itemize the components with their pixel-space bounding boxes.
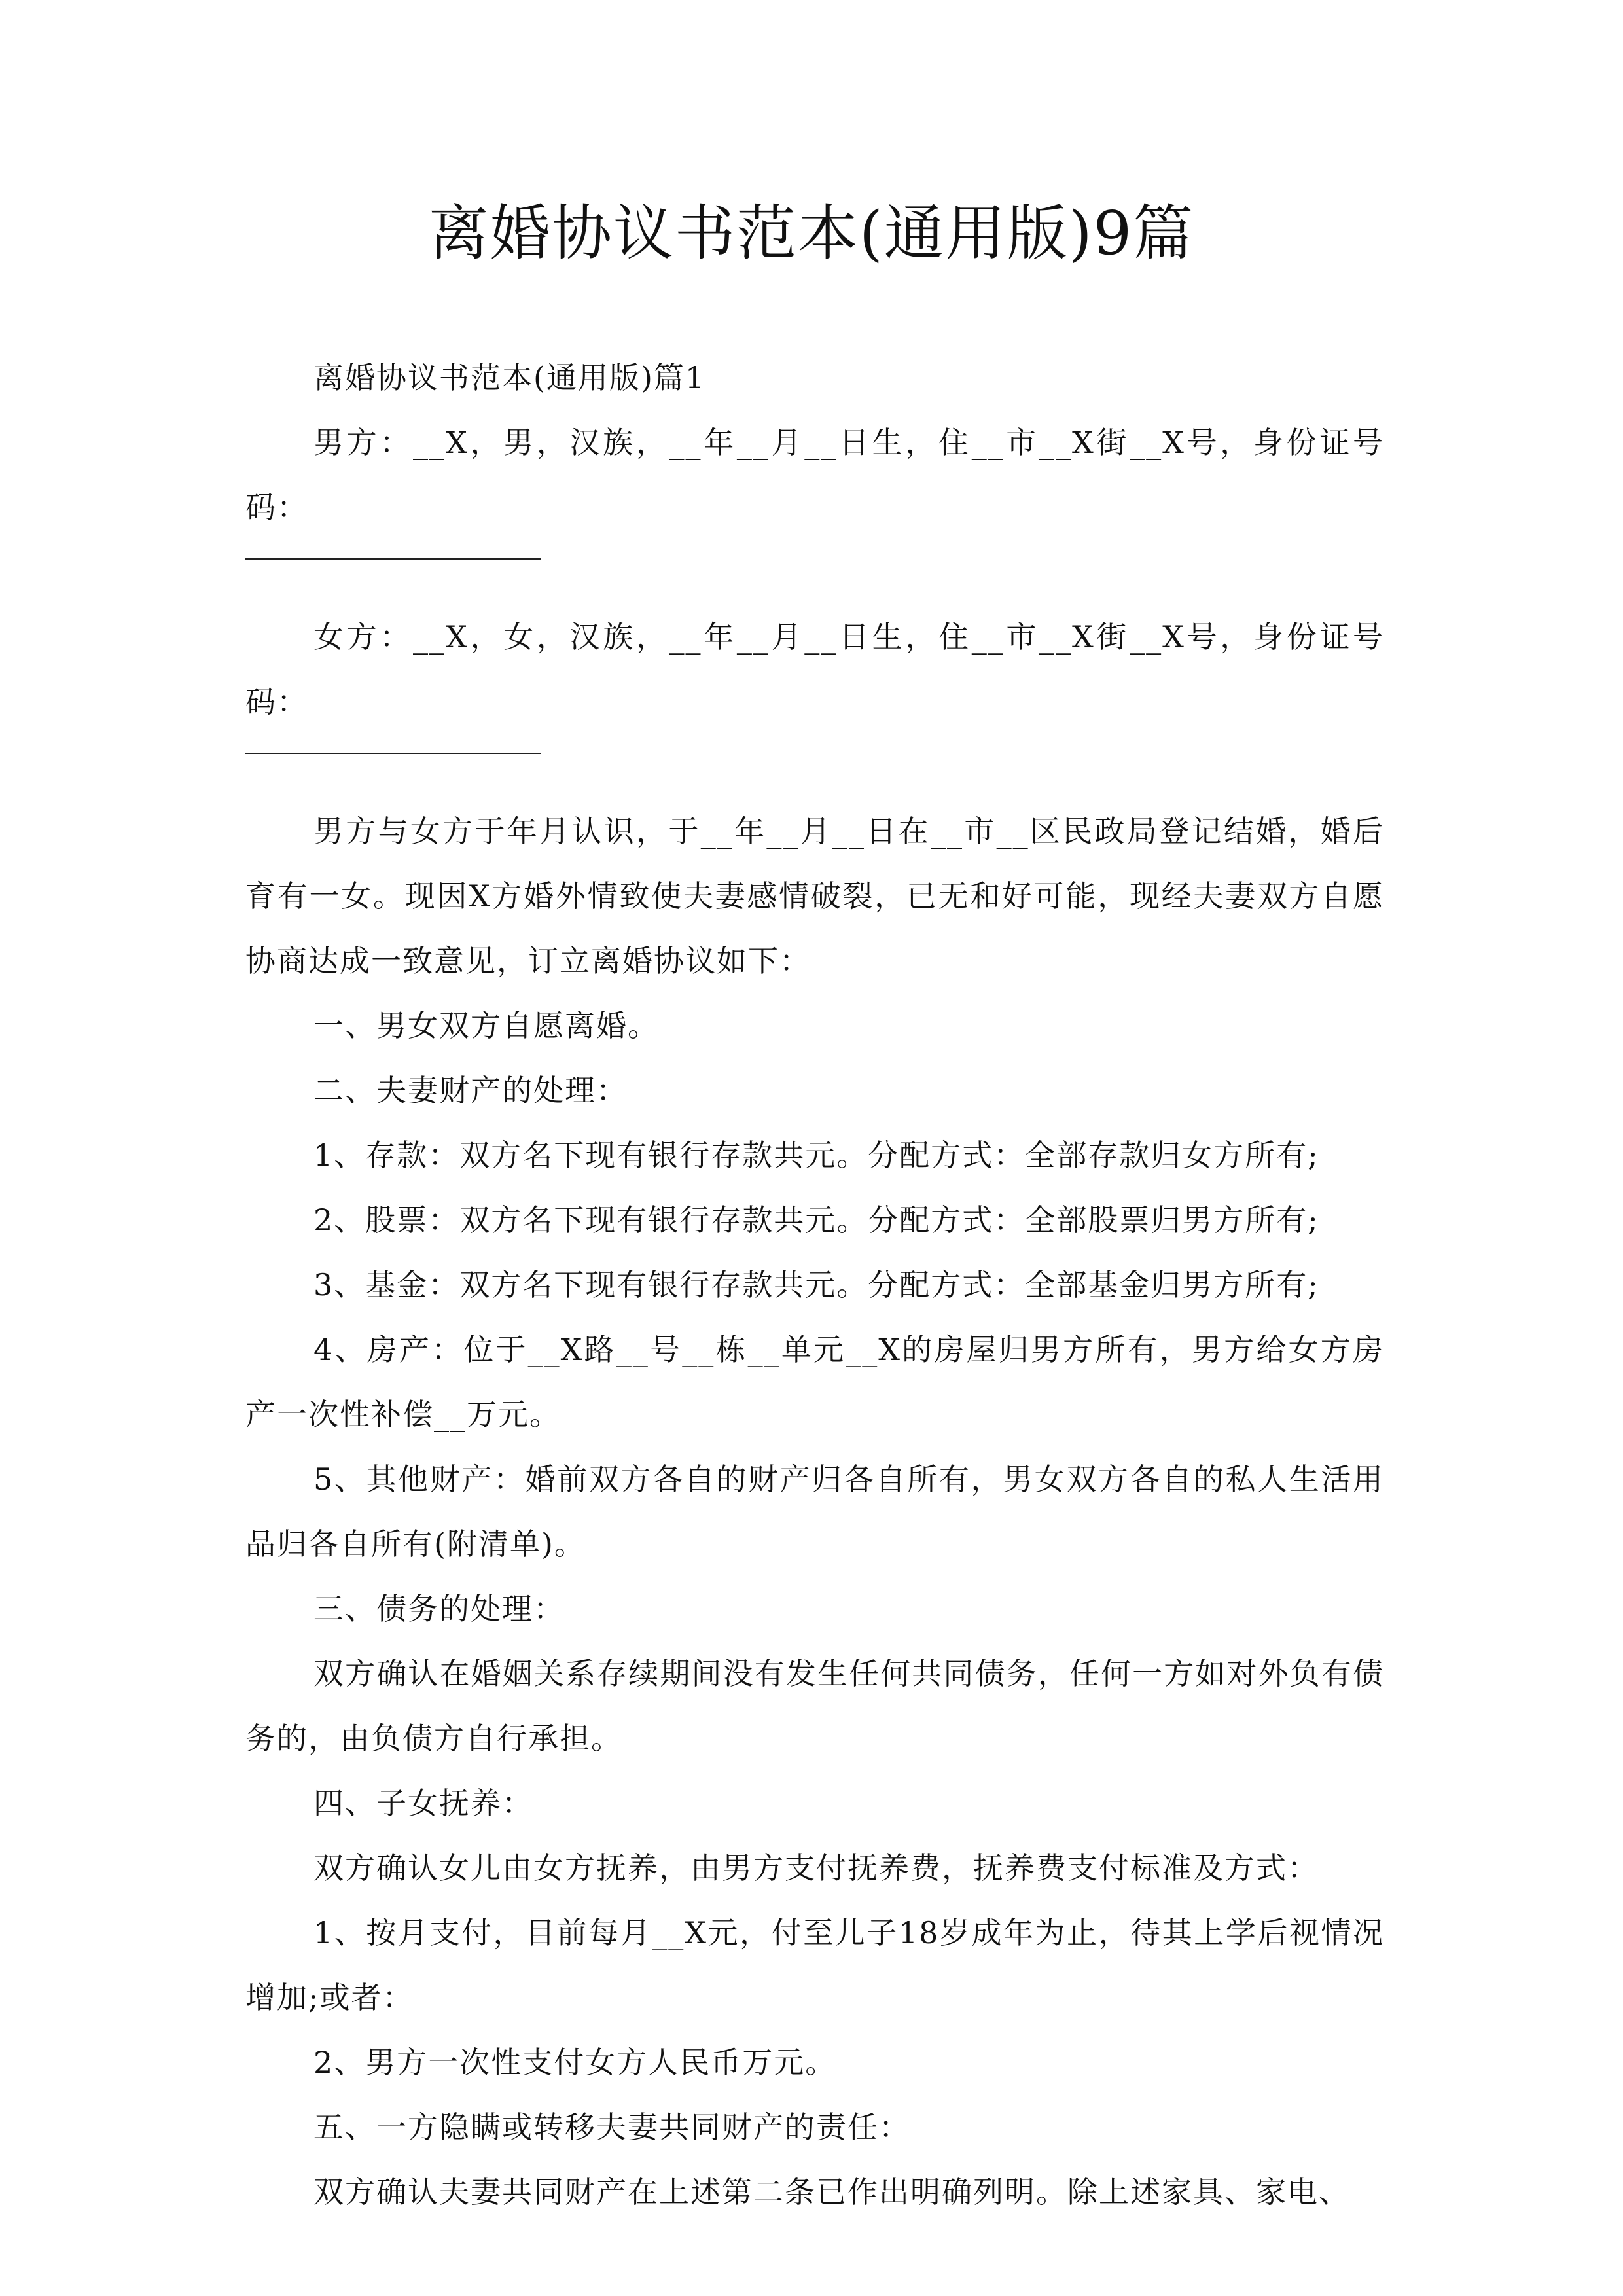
clause-2-item: 1、存款：双方名下现有银行存款共元。分配方式：全部存款归女方所有;	[245, 1123, 1384, 1188]
man-info: 男方：__X，男，汉族，__年__月__日生，住__市__X街__X号，身份证号…	[245, 410, 1384, 540]
clause-5-text: 双方确认夫妻共同财产在上述第二条已作出明确列明。除上述家具、家电、	[245, 2160, 1384, 2225]
clause-5-heading: 五、一方隐瞒或转移夫妻共同财产的责任：	[245, 2095, 1384, 2160]
woman-id-blank	[245, 734, 1384, 799]
blank-line	[245, 753, 541, 754]
document-title: 离婚协议书范本(通用版)9篇	[0, 191, 1623, 276]
clause-2-item: 2、股票：双方名下现有银行存款共元。分配方式：全部股票归男方所有;	[245, 1188, 1384, 1253]
intro-paragraph: 男方与女方于年月认识，于__年__月__日在__市__区民政局登记结婚，婚后育有…	[245, 799, 1384, 994]
clause-4-text: 双方确认女儿由女方抚养，由男方支付抚养费，抚养费支付标准及方式：	[245, 1836, 1384, 1901]
clause-2-item: 5、其他财产：婚前双方各自的财产归各自所有，男女双方各自的私人生活用品归各自所有…	[245, 1447, 1384, 1577]
clause-2-item: 3、基金：双方名下现有银行存款共元。分配方式：全部基金归男方所有;	[245, 1253, 1384, 1318]
man-id-blank	[245, 540, 1384, 605]
clause-2-item: 4、房产：位于__X路__号__栋__单元__X的房屋归男方所有，男方给女方房产…	[245, 1318, 1384, 1447]
clause-3-text: 双方确认在婚姻关系存续期间没有发生任何共同债务，任何一方如对外负有债务的，由负债…	[245, 1641, 1384, 1771]
section-heading: 离婚协议书范本(通用版)篇1	[245, 346, 1384, 410]
clause-4-heading: 四、子女抚养：	[245, 1771, 1384, 1836]
clause-3-heading: 三、债务的处理：	[245, 1577, 1384, 1641]
document-body: 离婚协议书范本(通用版)篇1 男方：__X，男，汉族，__年__月__日生，住_…	[245, 346, 1384, 2225]
clause-4-item: 1、按月支付，目前每月__X元，付至儿子18岁成年为止，待其上学后视情况增加;或…	[245, 1901, 1384, 2030]
clause-2-heading: 二、夫妻财产的处理：	[245, 1058, 1384, 1123]
clause-4-item: 2、男方一次性支付女方人民币万元。	[245, 2030, 1384, 2095]
clause-1: 一、男女双方自愿离婚。	[245, 994, 1384, 1058]
document-page: 离婚协议书范本(通用版)9篇 离婚协议书范本(通用版)篇1 男方：__X，男，汉…	[0, 0, 1623, 2296]
blank-line	[245, 558, 541, 560]
woman-info: 女方：__X，女，汉族，__年__月__日生，住__市__X街__X号，身份证号…	[245, 605, 1384, 734]
